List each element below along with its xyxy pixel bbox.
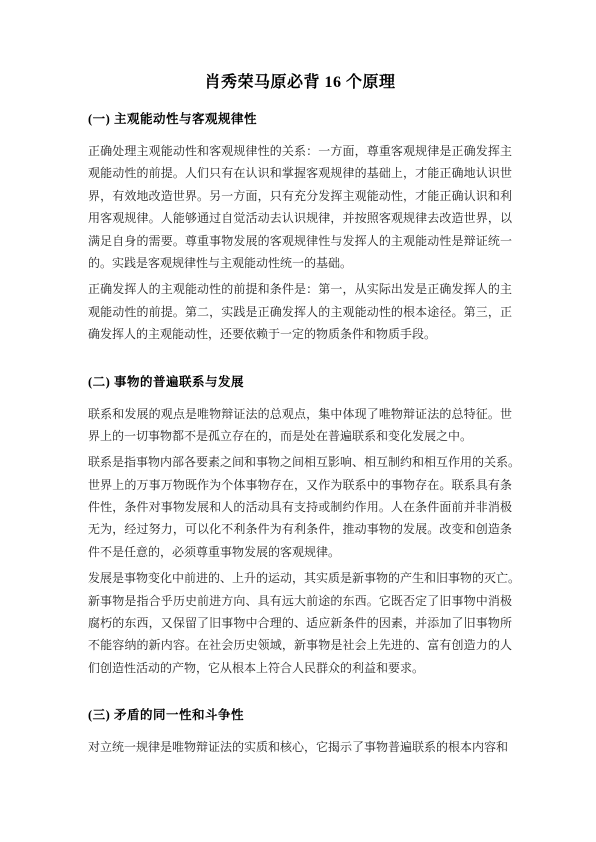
text-line: 联系是指事物内部各要素之间和事物之间相互影响、相互制约和相互作用的关系。	[88, 451, 512, 473]
paragraph: 正确发挥人的主观能动性的前提和条件是：第一，从实际出发是正确发挥人的主观能动性的…	[88, 278, 512, 345]
section-heading: (二) 事物的普遍联系与发展	[88, 374, 512, 391]
section: (一) 主观能动性与客观规律性正确处理主观能动性和客观规律性的关系：一方面，尊重…	[88, 111, 512, 346]
text-line: 无为，经过努力，可以化不利条件为有利条件，推动事物的发展。改变和创造条	[88, 518, 512, 540]
paragraph: 发展是事物变化中前进的、上升的运动，其实质是新事物的产生和旧事物的灭亡。新事物是…	[88, 567, 512, 679]
text-line: 新事物是指合乎历史前进方向、具有远大前途的东西。它既否定了旧事物中消极	[88, 590, 512, 612]
text-line: 用客观规律。人能够通过自觉活动去认识规律，并按照客观规律去改造世界，以	[88, 207, 512, 229]
text-line: 们创造性活动的产物，它从根本上符合人民群众的利益和要求。	[88, 657, 512, 679]
paragraph: 正确处理主观能动性和客观规律性的关系：一方面，尊重客观规律是正确发挥主观能动性的…	[88, 140, 512, 274]
paragraph: 联系是指事物内部各要素之间和事物之间相互影响、相互制约和相互作用的关系。世界上的…	[88, 451, 512, 563]
text-line: 腐朽的东西，又保留了旧事物中合理的、适应新条件的因素，并添加了旧事物所	[88, 612, 512, 634]
text-line: 件性，条件对事物发展和人的活动具有支持或制约作用。人在条件面前并非消极	[88, 496, 512, 518]
paragraph: 联系和发展的观点是唯物辩证法的总观点，集中体现了唯物辩证法的总特征。世界上的一切…	[88, 403, 512, 448]
paragraph: 对立统一规律是唯物辩证法的实质和核心，它揭示了事物普遍联系的根本内容和	[88, 736, 512, 758]
text-line: 正确发挥人的主观能动性的前提和条件是：第一，从实际出发是正确发挥人的主	[88, 278, 512, 300]
section-heading: (一) 主观能动性与客观规律性	[88, 111, 512, 128]
section: (三) 矛盾的同一性和斗争性对立统一规律是唯物辩证法的实质和核心，它揭示了事物普…	[88, 707, 512, 758]
text-line: 的。实践是客观规律性与主观能动性统一的基础。	[88, 252, 512, 274]
text-line: 界，有效地改造世界。另一方面，只有充分发挥主观能动性，才能正确认识和利	[88, 185, 512, 207]
text-line: 界上的一切事物都不是孤立存在的，而是处在普遍联系和变化发展之中。	[88, 425, 512, 447]
text-line: 件不是任意的，必须尊重事物发展的客观规律。	[88, 541, 512, 563]
text-line: 世界上的万事万物既作为个体事物存在，又作为联系中的事物存在。联系具有条	[88, 474, 512, 496]
document-body: (一) 主观能动性与客观规律性正确处理主观能动性和客观规律性的关系：一方面，尊重…	[88, 111, 512, 759]
text-line: 发展是事物变化中前进的、上升的运动，其实质是新事物的产生和旧事物的灭亡。	[88, 567, 512, 589]
text-line: 不能容纳的新内容。在社会历史领域，新事物是社会上先进的、富有创造力的人	[88, 634, 512, 656]
text-line: 确发挥人的主观能动性，还要依赖于一定的物质条件和物质手段。	[88, 323, 512, 345]
section-heading: (三) 矛盾的同一性和斗争性	[88, 707, 512, 724]
text-line: 联系和发展的观点是唯物辩证法的总观点，集中体现了唯物辩证法的总特征。世	[88, 403, 512, 425]
text-line: 观能动性的前提。人们只有在认识和掌握客观规律的基础上，才能正确地认识世	[88, 162, 512, 184]
text-line: 对立统一规律是唯物辩证法的实质和核心，它揭示了事物普遍联系的根本内容和	[88, 736, 512, 758]
document-page: 肖秀荣马原必背 16 个原理 (一) 主观能动性与客观规律性正确处理主观能动性和…	[0, 0, 596, 842]
text-line: 正确处理主观能动性和客观规律性的关系：一方面，尊重客观规律是正确发挥主	[88, 140, 512, 162]
section: (二) 事物的普遍联系与发展联系和发展的观点是唯物辩证法的总观点，集中体现了唯物…	[88, 374, 512, 680]
text-line: 满足自身的需要。尊重事物发展的客观规律性与发挥人的主观能动性是辩证统一	[88, 230, 512, 252]
text-line: 观能动性的前提。第二，实践是正确发挥人的主观能动性的根本途径。第三，正	[88, 301, 512, 323]
document-title: 肖秀荣马原必背 16 个原理	[88, 72, 512, 93]
